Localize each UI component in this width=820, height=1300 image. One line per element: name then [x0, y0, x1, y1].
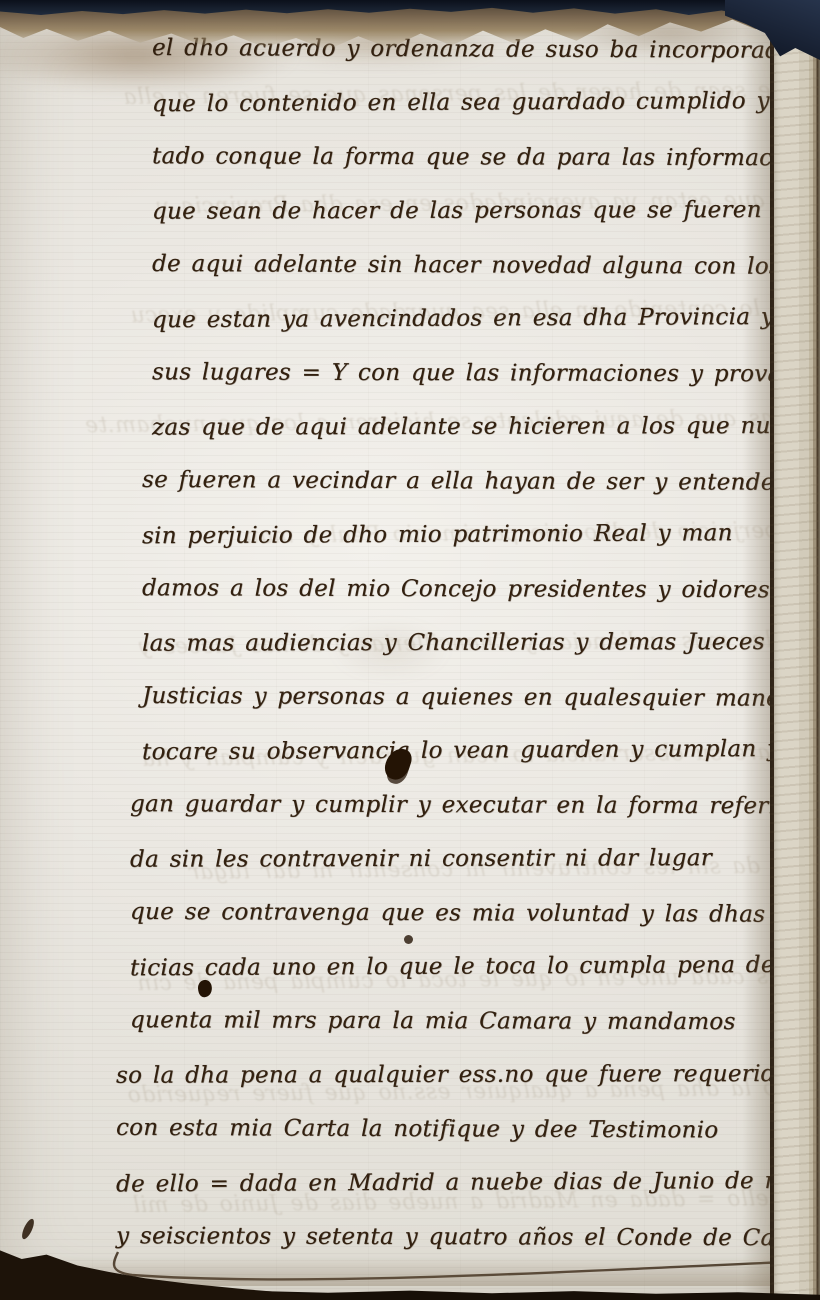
manuscript-line: de aqui adelante sin hacer novedad algun…	[0, 236, 774, 293]
manuscript-line: tado conque la forma que se da para las …	[0, 129, 774, 185]
manuscript-line: se fueren a vecindar a ella hayan de ser…	[0, 452, 774, 509]
manuscript-line: da sin les contravenir ni consentir ni d…	[0, 831, 774, 887]
manuscript-photo: { "page": { "lines": [ "el dho acuerdo y…	[0, 0, 820, 1300]
manuscript-line: zas que de aqui adelante se hicieren a l…	[0, 399, 774, 455]
manuscript-line: las mas audiencias y Chancillerias y dem…	[0, 615, 774, 671]
manuscript-line: sin perjuicio de dho mio patrimonio Real…	[0, 506, 774, 564]
manuscript-line: ticias cada uno en lo que le toca lo cum…	[0, 938, 774, 996]
manuscript-line: que lo contenido en ella sea guardado cu…	[0, 74, 774, 132]
manuscript-line: tocare su observancia lo vean guarden y …	[0, 722, 774, 780]
manuscript-line: que sean de hacer de las personas que se…	[0, 183, 774, 239]
fore-edge-shadow	[742, 0, 770, 1300]
manuscript-line: Justicias y personas a quienes en quales…	[0, 668, 774, 725]
book-fore-edge-pages	[770, 0, 820, 1300]
manuscript-text-block: el dho acuerdo y ordenanza de suso ba in…	[0, 22, 774, 1264]
manuscript-line: con esta mia Carta la notifique y dee Te…	[0, 1100, 774, 1157]
manuscript-line: damos a los del mio Concejo presidentes …	[0, 561, 774, 617]
manuscript-line: so la dha pena a qualquier ess.no que fu…	[0, 1047, 774, 1103]
manuscript-line: de ello = dada en Madrid a nuebe dias de…	[0, 1154, 774, 1212]
manuscript-line: que estan ya avencindados en esa dha Pro…	[0, 290, 774, 348]
manuscript-line: sus lugares = Y con que las informacione…	[0, 345, 774, 401]
manuscript-line: quenta mil mrs para la mia Camara y mand…	[0, 993, 774, 1049]
manuscript-line: que se contravenga que es mia voluntad y…	[0, 884, 774, 941]
manuscript-line: gan guardar y cumplir y executar en la f…	[0, 777, 774, 833]
